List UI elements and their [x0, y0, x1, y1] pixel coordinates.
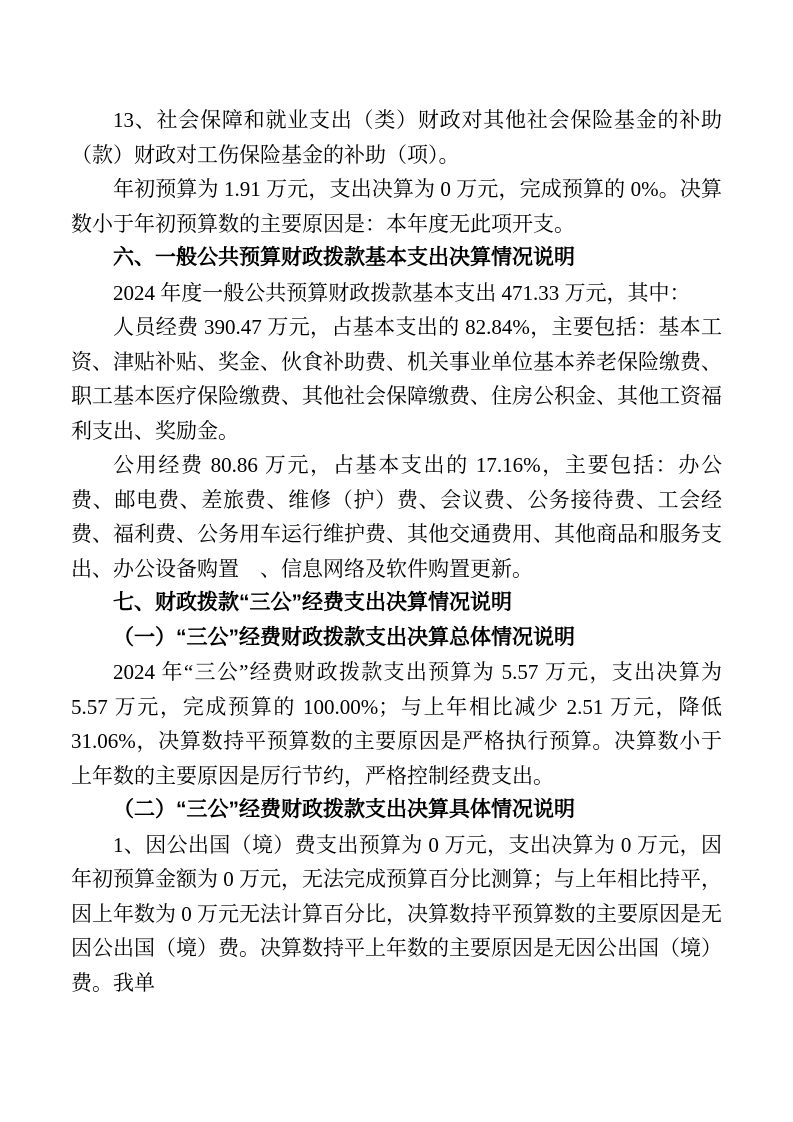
paragraph: 人员经费 390.47 万元，占基本支出的 82.84%，主要包括：基本工资、津…: [71, 310, 722, 448]
paragraph: 13、社会保障和就业支出（类）财政对其他社会保险基金的补助（款）财政对工伤保险基…: [71, 103, 722, 172]
paragraph: 2024 年度一般公共预算财政拨款基本支出 471.33 万元，其中：: [71, 276, 722, 311]
section-heading: 七、财政拨款“三公”经费支出决算情况说明: [71, 586, 722, 621]
section-heading: （一）“三公”经费财政拨款支出决算总体情况说明: [71, 621, 722, 656]
paragraph: 年初预算为 1.91 万元，支出决算为 0 万元，完成预算的 0%。决算数小于年…: [71, 172, 722, 241]
paragraph: 公用经费 80.86 万元，占基本支出的 17.16%，主要包括：办公费、邮电费…: [71, 448, 722, 586]
document-body: 13、社会保障和就业支出（类）财政对其他社会保险基金的补助（款）财政对工伤保险基…: [71, 103, 722, 1000]
paragraph: 2024 年“三公”经费财政拨款支出预算为 5.57 万元，支出决算为 5.57…: [71, 655, 722, 793]
section-heading: 六、一般公共预算财政拨款基本支出决算情况说明: [71, 241, 722, 276]
section-heading: （二）“三公”经费财政拨款支出决算具体情况说明: [71, 793, 722, 828]
document-page: 13、社会保障和就业支出（类）财政对其他社会保险基金的补助（款）财政对工伤保险基…: [0, 0, 793, 1122]
paragraph: 1、因公出国（境）费支出预算为 0 万元，支出决算为 0 万元，因年初预算金额为…: [71, 828, 722, 1001]
